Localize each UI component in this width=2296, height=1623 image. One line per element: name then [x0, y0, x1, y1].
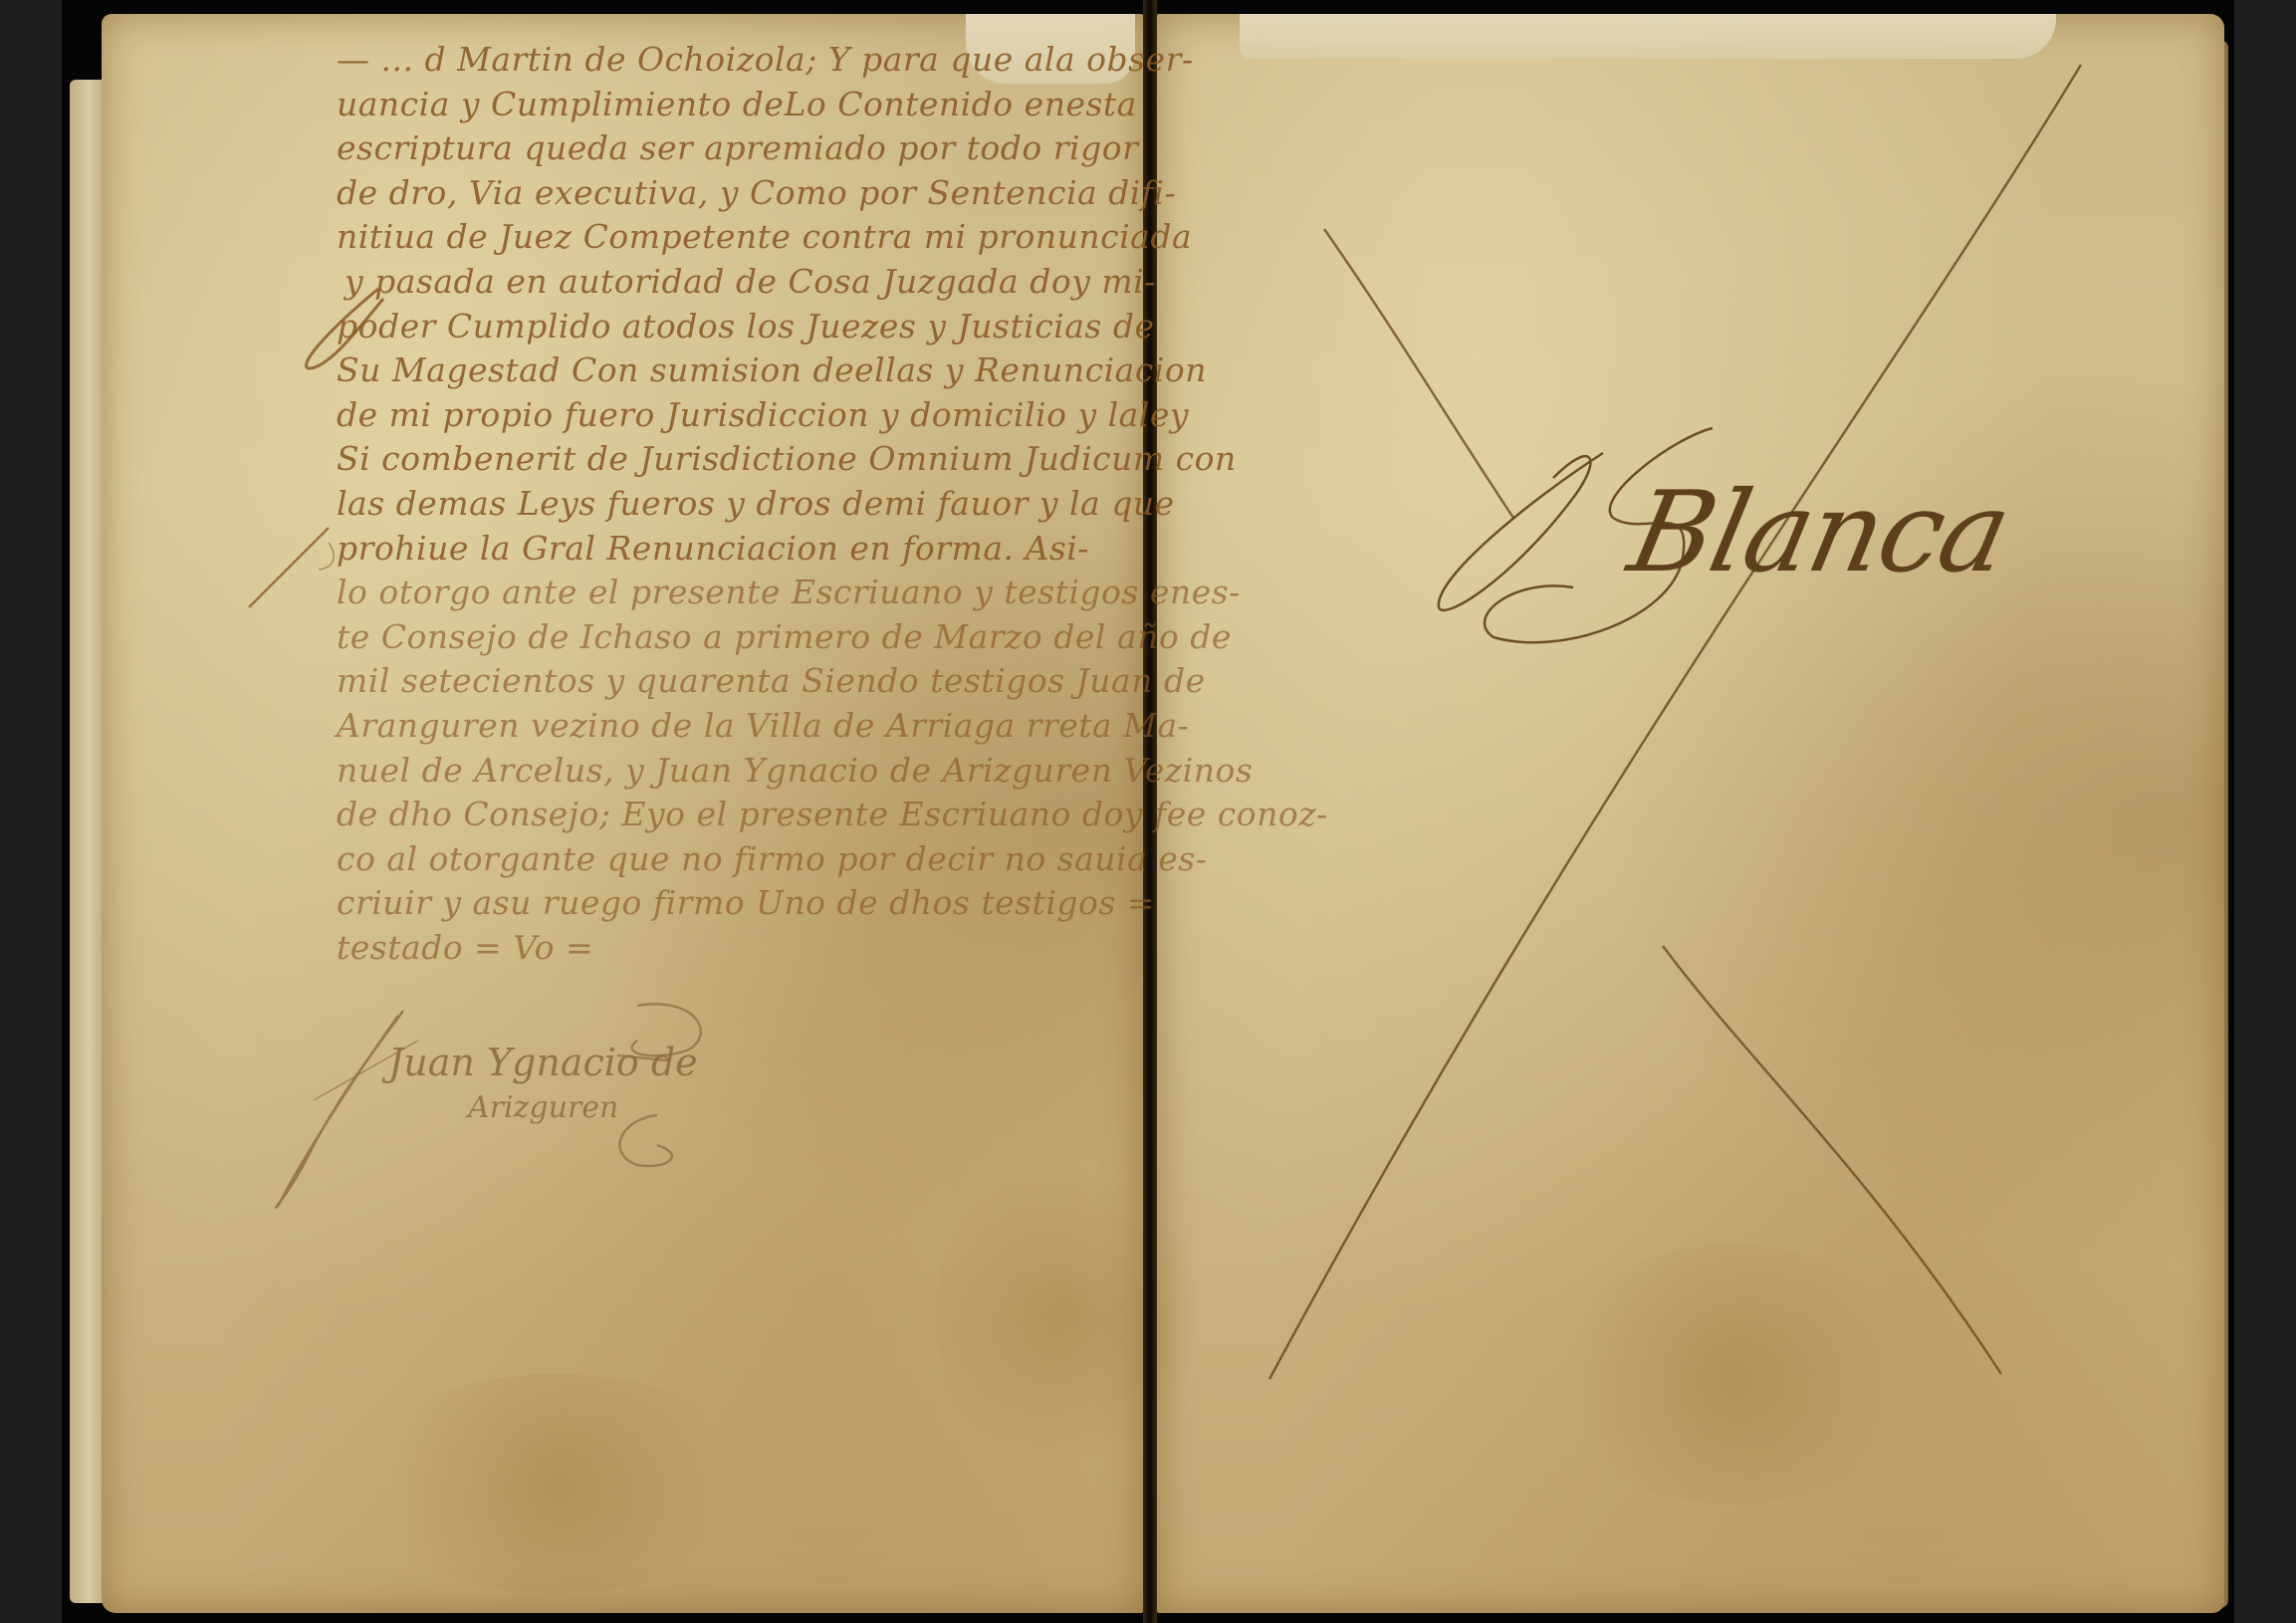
text-line: de mi propio fuero Jurisdiccion y domici…: [337, 393, 1133, 438]
text-line: prohiue la Gral Renunciacion en forma. A…: [337, 527, 1133, 572]
text-line: lo otorgo ante el presente Escriuano y t…: [337, 571, 1133, 615]
text-line: y pasada en autoridad de Cosa Juzgada do…: [337, 260, 1133, 305]
text-line: escriptura queda ser apremiado por todo …: [337, 126, 1133, 171]
text-line: Su Magestad Con sumision deellas y Renun…: [337, 348, 1133, 393]
text-line: Si combenerit de Jurisdictione Omnium Ju…: [337, 437, 1133, 482]
blanca-annotation: Blanca: [1619, 468, 2019, 597]
text-line: te Consejo de Ichaso a primero de Marzo …: [337, 615, 1133, 660]
manuscript-text: — ... d Martin de Ochoizola; Y para que …: [337, 38, 1133, 970]
text-line: de dro, Via executiva, y Como por Senten…: [337, 171, 1133, 216]
text-line: Aranguren vezino de la Villa de Arriaga …: [337, 704, 1133, 749]
text-line: co al otorgante que no firmo por decir n…: [337, 837, 1133, 882]
text-line: de dho Consejo; Eyo el presente Escriuan…: [337, 793, 1133, 837]
water-stain: [348, 1374, 767, 1593]
text-line: testado = Vo =: [337, 926, 1133, 971]
text-line: criuir y asu ruego firmo Uno de dhos tes…: [337, 881, 1133, 926]
text-line: — ... d Martin de Ochoizola; Y para que …: [337, 38, 1133, 83]
torn-edge-right-page: [1240, 14, 2056, 59]
text-line: nitiua de Juez Competente contra mi pron…: [337, 215, 1133, 260]
text-line: nuel de Arcelus, y Juan Ygnacio de Arizg…: [337, 749, 1133, 794]
water-stain: [1543, 1245, 1922, 1504]
text-line: uancia y Cumplimiento deLo Contenido ene…: [337, 83, 1133, 127]
text-line: poder Cumplido atodos los Juezes y Justi…: [337, 305, 1133, 349]
text-line: las demas Leys fueros y dros demi fauor …: [337, 482, 1133, 527]
text-line: mil setecientos y quarenta Siendo testig…: [337, 659, 1133, 704]
signature-name: Juan Ygnacio de: [388, 1041, 698, 1084]
signature-surname: Arizguren: [468, 1090, 618, 1125]
